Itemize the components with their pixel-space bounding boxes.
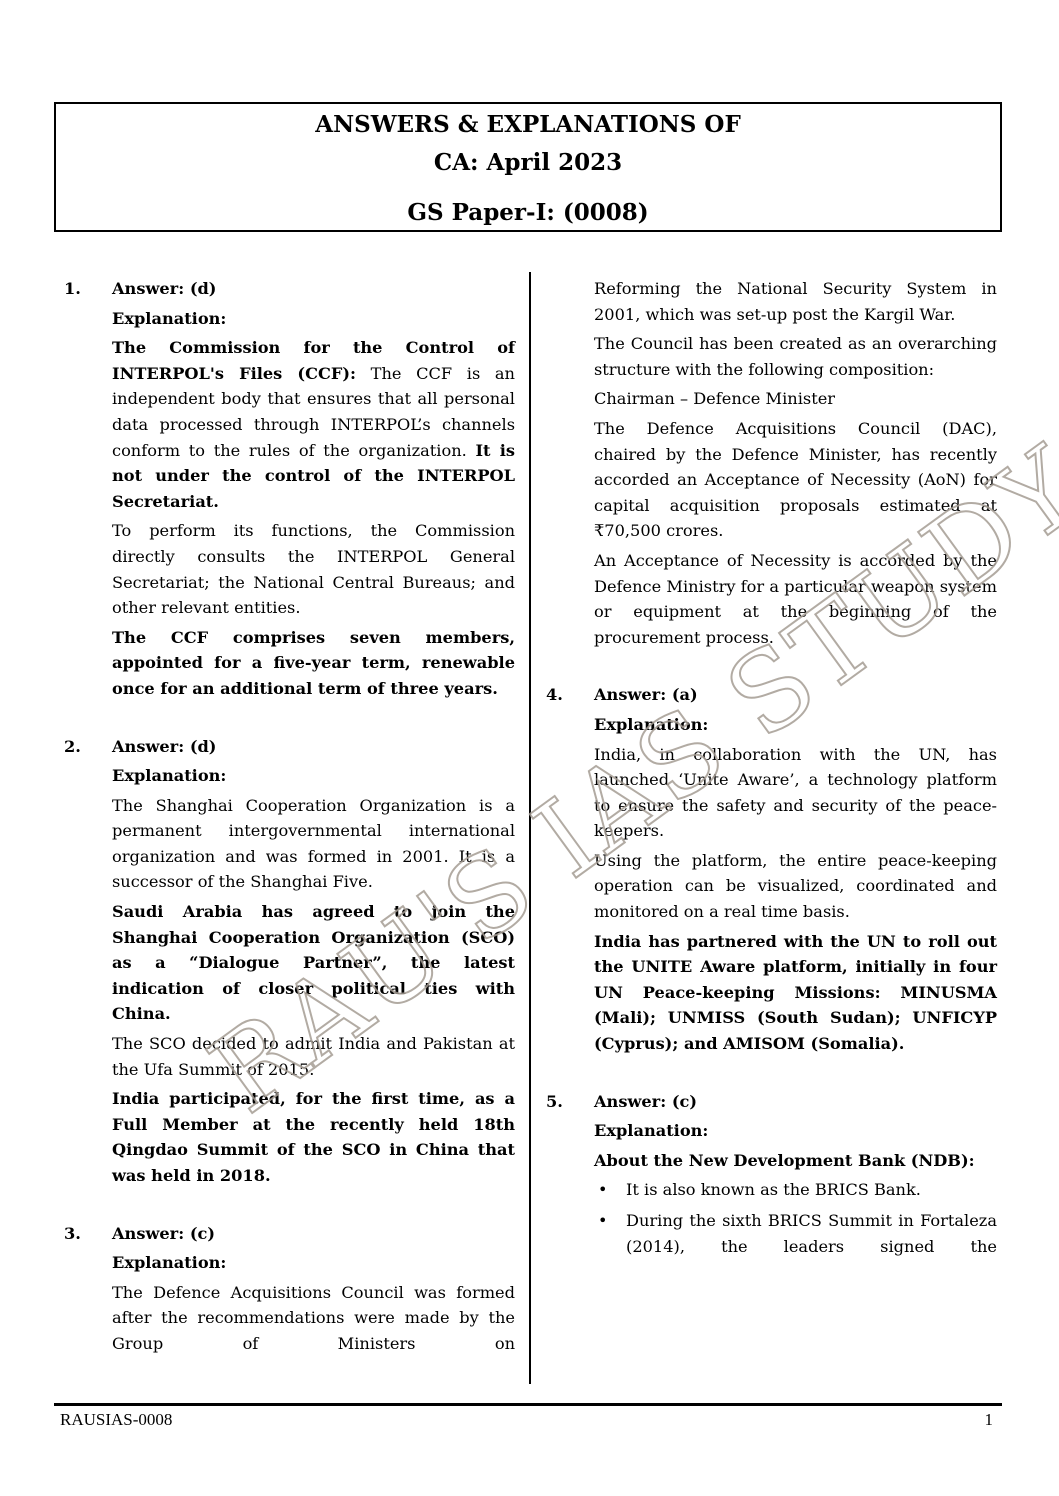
question-5: 5. Answer: (c) Explanation: About the Ne…	[542, 1089, 997, 1260]
question-number: 3.	[64, 1221, 81, 1247]
title-line-1: ANSWERS & EXPLANATIONS OF	[56, 113, 1000, 136]
explanation-paragraph: The Shanghai Cooperation Organization is…	[112, 793, 515, 895]
document-title-box: ANSWERS & EXPLANATIONS OF CA: April 2023…	[54, 102, 1002, 232]
answer-label: Answer: (a)	[594, 682, 997, 708]
footer-document-code: RAUSIAS-0008	[60, 1410, 172, 1430]
explanation-paragraph: To perform its functions, the Commission…	[112, 518, 515, 620]
bullet-item: It is also known as the BRICS Bank.	[594, 1177, 997, 1203]
explanation-label: Explanation:	[112, 1250, 515, 1276]
title-line-2: CA: April 2023	[56, 151, 1000, 174]
question-3-continued: Reforming the National Security System i…	[542, 276, 997, 650]
explanation-paragraph: The SCO decided to admit India and Pakis…	[112, 1031, 515, 1082]
explanation-paragraph: Using the platform, the entire peace-kee…	[594, 848, 997, 925]
explanation-paragraph: Chairman – Defence Minister	[594, 386, 997, 412]
question-1: 1. Answer: (d) Explanation: The Commissi…	[60, 276, 515, 702]
explanation-label: Explanation:	[594, 1118, 997, 1144]
answer-label: Answer: (d)	[112, 276, 515, 302]
answer-label: Answer: (c)	[594, 1089, 997, 1115]
explanation-paragraph: The Defence Acquisitions Council was for…	[112, 1280, 515, 1357]
title-line-3: GS Paper-I: (0008)	[56, 201, 1000, 224]
explanation-paragraph: The CCF comprises seven members, appoint…	[112, 625, 515, 702]
explanation-paragraph: India participated, for the first time, …	[112, 1086, 515, 1188]
explanation-label: Explanation:	[112, 306, 515, 332]
question-number: 1.	[64, 276, 81, 302]
right-column: Reforming the National Security System i…	[542, 276, 997, 1264]
question-number: 5.	[546, 1089, 563, 1115]
answer-label: Answer: (d)	[112, 734, 515, 760]
subheading: About the New Development Bank (NDB):	[594, 1148, 997, 1174]
bullet-list: It is also known as the BRICS Bank. Duri…	[594, 1177, 997, 1259]
footer-rule	[54, 1403, 1002, 1406]
explanation-paragraph: An Acceptance of Necessity is accorded b…	[594, 548, 997, 650]
bullet-item: During the sixth BRICS Summit in Fortale…	[594, 1208, 997, 1259]
explanation-label: Explanation:	[594, 712, 997, 738]
explanation-paragraph: The Defence Acquisitions Council (DAC), …	[594, 416, 997, 544]
question-3: 3. Answer: (c) Explanation: The Defence …	[60, 1221, 515, 1357]
explanation-paragraph: The Commission for the Control of INTERP…	[112, 335, 515, 514]
answer-label: Answer: (c)	[112, 1221, 515, 1247]
question-number: 4.	[546, 682, 563, 708]
explanation-paragraph: Saudi Arabia has agreed to join the Shan…	[112, 899, 515, 1027]
explanation-paragraph: The Council has been created as an overa…	[594, 331, 997, 382]
explanation-paragraph: India has partnered with the UN to roll …	[594, 929, 997, 1057]
column-divider	[529, 272, 531, 1384]
explanation-label: Explanation:	[112, 763, 515, 789]
question-number: 2.	[64, 734, 81, 760]
left-column: 1. Answer: (d) Explanation: The Commissi…	[60, 276, 515, 1361]
question-4: 4. Answer: (a) Explanation: India, in co…	[542, 682, 997, 1056]
question-2: 2. Answer: (d) Explanation: The Shanghai…	[60, 734, 515, 1189]
explanation-paragraph: India, in collaboration with the UN, has…	[594, 742, 997, 844]
footer-page-number: 1	[985, 1410, 994, 1430]
explanation-paragraph: Reforming the National Security System i…	[594, 276, 997, 327]
